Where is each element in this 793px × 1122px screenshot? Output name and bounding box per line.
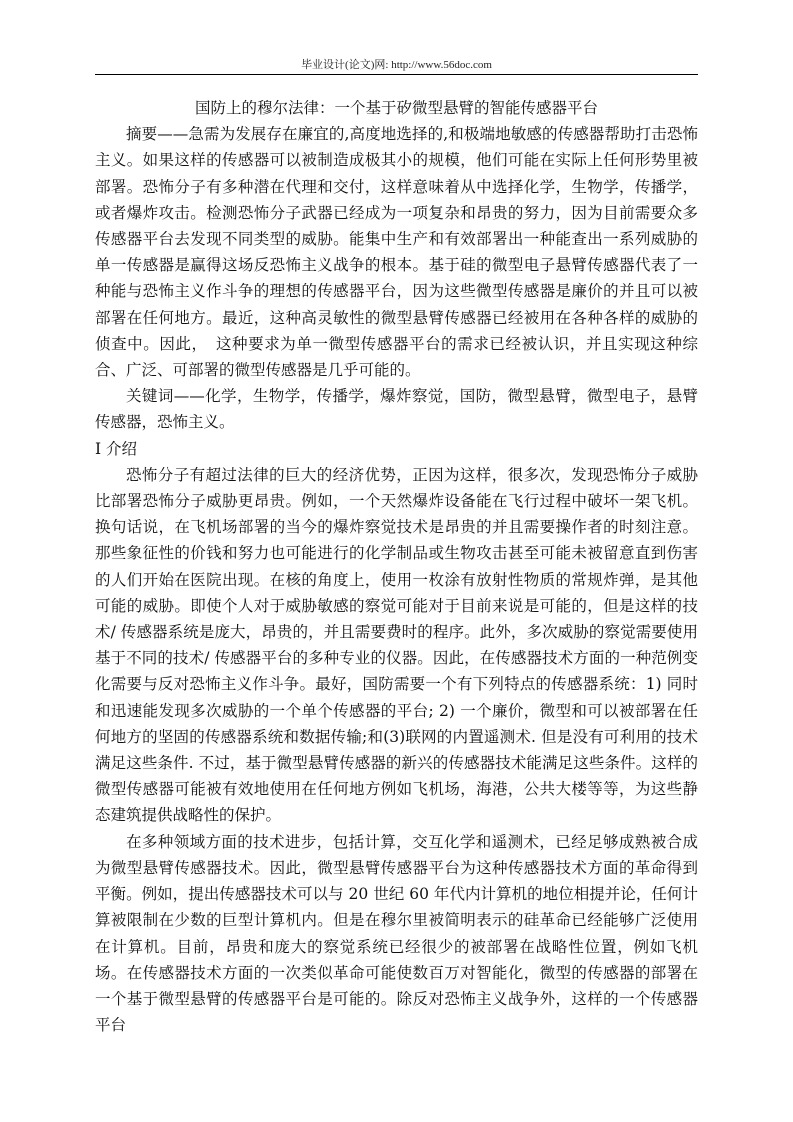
header-rule [95, 74, 698, 75]
page-header: 毕业设计(论文)网: http://www.56doc.com [95, 56, 698, 72]
document-title: 国防上的穆尔法律：一个基于矽微型悬臂的智能传感器平台 [95, 95, 698, 121]
abstract-paragraph: 摘要——急需为发展存在廉宜的,高度地选择的,和极端地敏感的传感器帮助打击恐怖主义… [95, 121, 698, 383]
keywords-paragraph: 关键词——化学，生物学，传播学，爆炸察觉，国防，微型悬臂，微型电子，悬臂传感器，… [95, 383, 698, 435]
document-body: 国防上的穆尔法律：一个基于矽微型悬臂的智能传感器平台 摘要——急需为发展存在廉宜… [95, 95, 698, 1038]
body-paragraph: 恐怖分子有超过法律的巨大的经济优势，正因为这样，很多次，发现恐怖分子威胁比部署恐… [95, 462, 698, 829]
body-paragraph: 在多种领域方面的技术进步，包括计算，交互化学和遥测术，已经足够成熟被合成为微型悬… [95, 829, 698, 1039]
section-heading-introduction: I 介绍 [95, 436, 698, 462]
